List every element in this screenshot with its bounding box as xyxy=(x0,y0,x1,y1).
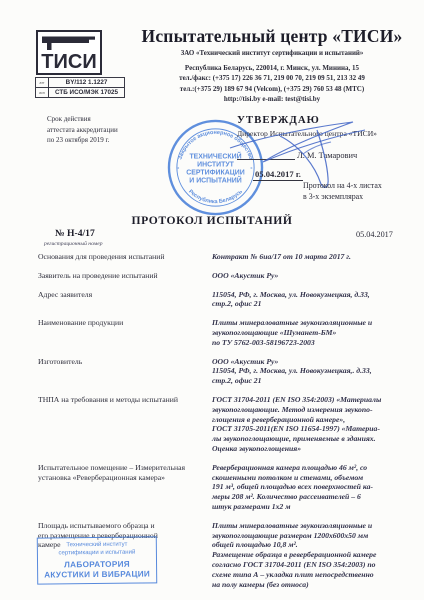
stamp-star-left: * xyxy=(177,167,180,172)
laboratory-stamp-name: ЛАБОРАТОРИЯ АКУСТИКИ И ВИБРАЦИИ xyxy=(41,559,153,579)
org-subtitle: ЗАО «Технический институт сертификации и… xyxy=(122,50,422,57)
tisi-logo-letters: ТИСИ xyxy=(41,51,96,73)
row-label: ТНПА на требования и методы испытаний xyxy=(38,395,212,454)
stamp-center-line-3: СЕРТИФИКАЦИИ xyxy=(186,169,244,176)
table-row: ТНПА на требования и методы испытаний ГО… xyxy=(38,395,410,454)
director-name: Л. М. Тамарович xyxy=(297,151,357,160)
table-row: Испытательное помещение – Измерительная … xyxy=(38,463,410,512)
accreditation-number: BY/112 1.1227 xyxy=(49,78,124,87)
org-phone-fax: тел./факс: (+375 17) 226 36 71, 219 00 7… xyxy=(122,73,422,83)
row-value: Плиты минераловатные звукоизоляционные и… xyxy=(212,521,410,590)
protocol-date: 05.04.2017 xyxy=(356,230,393,239)
stamp-center-line-2: ИНСТИТУТ xyxy=(197,162,235,169)
accreditation-standard: СТБ ИСО/МЭК 17025 xyxy=(49,88,124,97)
row-value: Реверберационная камера площадью 46 м², … xyxy=(212,463,410,512)
accreditation-mark: атт BY/112 1.1227 исп СТБ ИСО/МЭК 17025 xyxy=(35,77,125,98)
svg-text:Республика Беларусь: Республика Беларусь xyxy=(187,188,244,205)
approval-block: УТВЕРЖДАЮ Директор Испытательного центра… xyxy=(237,114,422,182)
table-row: Основания для проведения испытаний Контр… xyxy=(38,252,410,262)
laboratory-stamp-org: Технический институт сертификации и испы… xyxy=(41,541,153,557)
approval-date: 05.04.2017 г. xyxy=(253,169,303,181)
row-value: Контракт № 6иа/17 от 10 марта 2017 г. xyxy=(212,252,410,262)
row-label: Наименование продукции xyxy=(38,318,212,347)
row-value: ООО «Акустик Ру» 115054, РФ, г. Москва, … xyxy=(212,357,410,386)
table-row: Изготовитель ООО «Акустик Ру» 115054, РФ… xyxy=(38,357,410,386)
table-row: Наименование продукции Плиты минераловат… xyxy=(38,318,410,347)
row-label: Адрес заявителя xyxy=(38,290,212,310)
letterhead: Испытательный центр «ТИСИ» ЗАО «Техничес… xyxy=(122,26,422,105)
row-value: ГОСТ 31704-2011 (EN ISO 354:2003) «Матер… xyxy=(212,395,410,454)
signature-row: Л. М. Тамарович xyxy=(237,151,422,160)
stamp-center-line-4: И ИСПЫТАНИЙ xyxy=(189,175,241,184)
org-web-email: http://tisi.by e-mail: test@tisi.by xyxy=(122,94,422,104)
signature-line xyxy=(237,151,295,160)
row-label: Заявитель на проведение испытаний xyxy=(38,271,212,281)
accreditation-mini-cell: исп xyxy=(36,88,49,97)
row-label: Основания для проведения испытаний xyxy=(38,252,212,262)
stamp-center-line-1: ТЕХНИЧЕСКИЙ xyxy=(189,152,241,161)
protocol-title: ПРОТОКОЛ ИСПЫТАНИЙ xyxy=(0,214,424,227)
org-phone-mobile: тел.:(+375 29) 189 67 94 (Velcom), (+375… xyxy=(122,84,422,94)
stamp-ring-bottom-text: Республика Беларусь xyxy=(187,188,244,205)
registration-number-caption: регистрационный номер xyxy=(44,241,103,247)
org-title: Испытательный центр «ТИСИ» xyxy=(122,26,422,47)
protocol-document-page: ТИСИ атт BY/112 1.1227 исп СТБ ИСО/МЭК 1… xyxy=(0,0,424,600)
director-title: Директор Испытательного центра «ТИСИ» xyxy=(237,129,422,138)
accreditation-mini-cell: атт xyxy=(36,78,49,87)
copies-note: Протокол на 4-х листах в 3-х экземплярах xyxy=(303,180,423,202)
tisi-logo-graphic: ТИСИ xyxy=(36,30,102,75)
org-contacts: Республика Беларусь, 220014, г. Минск, у… xyxy=(122,63,422,105)
org-address: Республика Беларусь, 220014, г. Минск, у… xyxy=(122,63,422,73)
row-label: Испытательное помещение – Измерительная … xyxy=(38,463,212,512)
row-value: Плиты минераловатные звукоизоляционные и… xyxy=(212,318,410,347)
row-value: 115054, РФ, г. Москва, ул. Новокузнецкая… xyxy=(212,290,410,310)
approve-heading: УТВЕРЖДАЮ xyxy=(237,114,422,126)
table-row: Адрес заявителя 115054, РФ, г. Москва, у… xyxy=(38,290,410,310)
accreditation-row: атт BY/112 1.1227 xyxy=(36,78,124,88)
row-value: ООО «Акустик Ру» xyxy=(212,271,410,281)
protocol-number: № Н-4/17 xyxy=(55,228,95,239)
table-row: Заявитель на проведение испытаний ООО «А… xyxy=(38,271,410,281)
accreditation-row: исп СТБ ИСО/МЭК 17025 xyxy=(36,88,124,97)
tisi-logo-icon: ТИСИ xyxy=(36,30,102,75)
accreditation-validity-note: Срок действия аттестата аккредитации по … xyxy=(47,114,167,146)
laboratory-stamp: Технический институт сертификации и испы… xyxy=(37,536,157,584)
row-label: Изготовитель xyxy=(38,357,212,386)
